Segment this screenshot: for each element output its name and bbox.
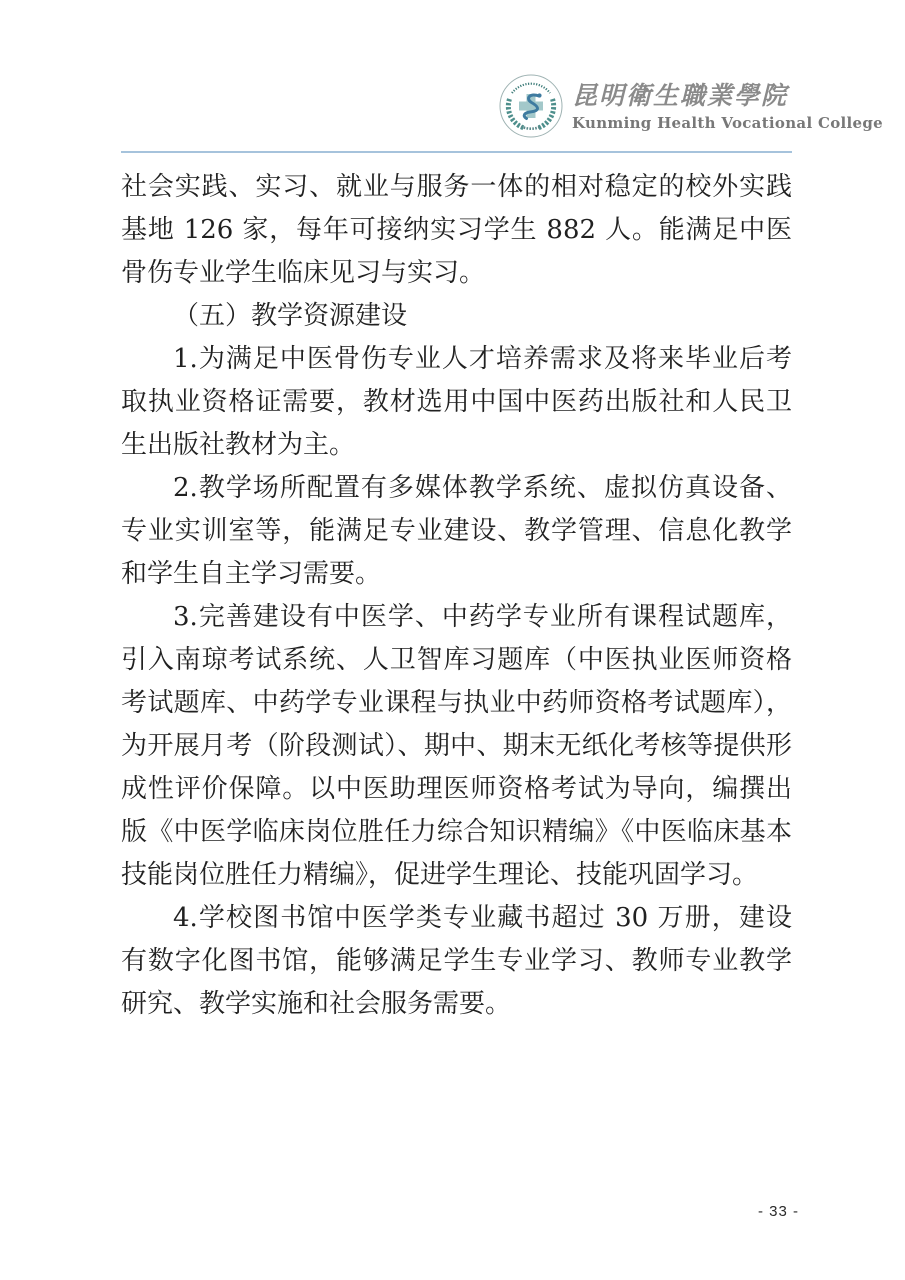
- page-number: - 33 -: [758, 1203, 799, 1220]
- document-page: 昆明衛生職業學院 Kunming Health Vocational Colle…: [0, 0, 905, 1280]
- college-seal-icon: [499, 74, 563, 138]
- college-name-en: Kunming Health Vocational College: [572, 114, 883, 132]
- page-footer: - 33 -: [758, 1201, 799, 1220]
- college-name-zh: 昆明衛生職業學院: [572, 81, 788, 111]
- college-name-block: 昆明衛生職業學院 Kunming Health Vocational Colle…: [572, 81, 883, 132]
- paragraph-item-2: 2.教学场所配置有多媒体教学系统、虚拟仿真设备、专业实训室等，能满足专业建设、教…: [121, 467, 792, 596]
- paragraph-item-1: 1.为满足中医骨伤专业人才培养需求及将来毕业后考取执业资格证需要，教材选用中国中…: [121, 338, 792, 467]
- paragraph-item-3: 3.完善建设有中医学、中药学专业所有课程试题库，引入南琼考试系统、人卫智库习题库…: [121, 596, 792, 897]
- document-body: 社会实践、实习、就业与服务一体的相对稳定的校外实践基地 126 家，每年可接纳实…: [121, 166, 792, 1026]
- paragraph-continuation: 社会实践、实习、就业与服务一体的相对稳定的校外实践基地 126 家，每年可接纳实…: [121, 166, 792, 295]
- header-divider-line: [121, 151, 792, 153]
- paragraph-item-4: 4.学校图书馆中医学类专业藏书超过 30 万册，建设有数字化图书馆，能够满足学生…: [121, 897, 792, 1026]
- header-brand: 昆明衛生職業學院 Kunming Health Vocational Colle…: [499, 74, 883, 138]
- section-heading-teaching-resources: （五）教学资源建设: [121, 295, 792, 338]
